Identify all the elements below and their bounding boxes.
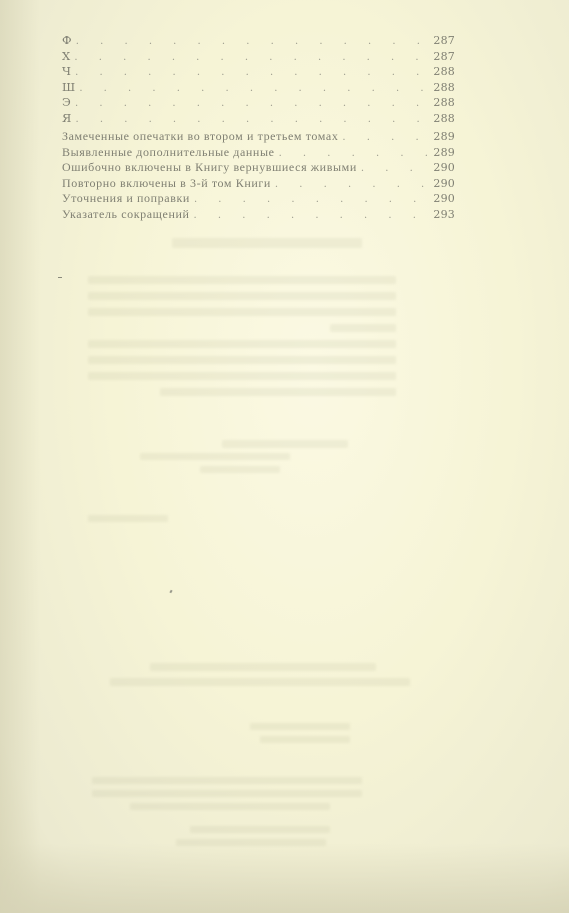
- show-through-block: [222, 440, 348, 448]
- toc-entry-page: 289: [429, 129, 455, 145]
- toc-entry-label: Замеченные опечатки во втором и третьем …: [62, 129, 342, 145]
- dot-leader: [194, 208, 429, 224]
- scanned-page: Ф 287 Х 287 Ч 288 Ш 288 Э 288 Я 288: [0, 0, 569, 913]
- show-through-paragraph: [88, 356, 396, 364]
- show-through-block: [150, 663, 376, 671]
- toc-entry-label: Ш: [62, 80, 79, 96]
- toc-entry: Э 288: [62, 95, 455, 111]
- show-through-block: [260, 736, 350, 743]
- toc-entry: Х 287: [62, 49, 455, 65]
- margin-mark: [58, 277, 62, 278]
- toc-entry: Указатель сокращений 293: [62, 207, 455, 223]
- show-through-block: [88, 515, 168, 522]
- toc-entry-label: Ч: [62, 64, 75, 80]
- toc-entry: Выявленные дополнительные данные 289: [62, 145, 455, 161]
- toc-entry-label: Указатель сокращений: [62, 207, 194, 223]
- toc-entry: Уточнения и поправки 290: [62, 191, 455, 207]
- dot-leader: [76, 34, 429, 50]
- show-through-block: [250, 723, 350, 730]
- toc-entry-label: Ошибочно включены в Книгу вернувшиеся жи…: [62, 160, 361, 176]
- toc-entry: Ошибочно включены в Книгу вернувшиеся жи…: [62, 160, 455, 176]
- show-through-paragraph: [88, 292, 396, 300]
- dot-leader: [79, 81, 429, 97]
- toc-entry-label: Х: [62, 49, 74, 65]
- show-through-paragraph: [330, 324, 396, 332]
- show-through-block: [176, 839, 326, 846]
- toc-entry-page: 293: [429, 207, 455, 223]
- show-through-heading: [172, 238, 362, 248]
- toc-entry-label: Повторно включены в 3-й том Книги: [62, 176, 275, 192]
- toc-entry: Я 288: [62, 111, 455, 127]
- toc-sections: Замеченные опечатки во втором и третьем …: [62, 129, 455, 223]
- dot-leader: [75, 96, 429, 112]
- show-through-block: [200, 466, 280, 473]
- stray-ink-mark: [169, 590, 172, 594]
- dot-leader: [76, 112, 430, 128]
- show-through-paragraph: [88, 308, 396, 316]
- show-through-block: [92, 790, 362, 797]
- toc-entry: Ш 288: [62, 80, 455, 96]
- toc-entry-page: 289: [429, 145, 455, 161]
- dot-leader: [194, 192, 429, 208]
- show-through-block: [110, 678, 410, 686]
- dot-leader: [74, 50, 429, 66]
- toc-letter-index: Ф 287 Х 287 Ч 288 Ш 288 Э 288 Я 288: [62, 33, 455, 127]
- toc-entry-label: Выявленные дополнительные данные: [62, 145, 279, 161]
- show-through-block: [190, 826, 330, 833]
- toc-entry-page: 288: [429, 111, 455, 127]
- toc-entry-page: 290: [429, 176, 455, 192]
- toc-entry-page: 288: [429, 64, 455, 80]
- toc-entry: Ч 288: [62, 64, 455, 80]
- toc-entry-page: 290: [429, 160, 455, 176]
- toc-entry-page: 287: [429, 49, 455, 65]
- page-edge-shadow: [0, 0, 40, 913]
- toc-entry: Повторно включены в 3-й том Книги 290: [62, 176, 455, 192]
- show-through-paragraph: [88, 372, 396, 380]
- toc-entry-page: 290: [429, 191, 455, 207]
- show-through-block: [130, 803, 330, 810]
- toc-entry: Ф 287: [62, 33, 455, 49]
- toc-entry-label: Ф: [62, 33, 76, 49]
- dot-leader: [342, 130, 429, 146]
- toc-entry-page: 288: [429, 95, 455, 111]
- toc-entry-label: Э: [62, 95, 75, 111]
- show-through-block: [92, 777, 362, 784]
- show-through-paragraph: [88, 276, 396, 284]
- show-through-paragraph: [88, 340, 396, 348]
- toc-entry-label: Уточнения и поправки: [62, 191, 194, 207]
- dot-leader: [361, 161, 429, 177]
- toc-entry: Замеченные опечатки во втором и третьем …: [62, 129, 455, 145]
- dot-leader: [275, 177, 429, 193]
- show-through-block: [140, 453, 290, 460]
- toc-entry-page: 288: [429, 80, 455, 96]
- dot-leader: [75, 65, 429, 81]
- dot-leader: [279, 146, 429, 162]
- toc-entry-label: Я: [62, 111, 76, 127]
- show-through-paragraph: [160, 388, 396, 396]
- toc-entry-page: 287: [429, 33, 455, 49]
